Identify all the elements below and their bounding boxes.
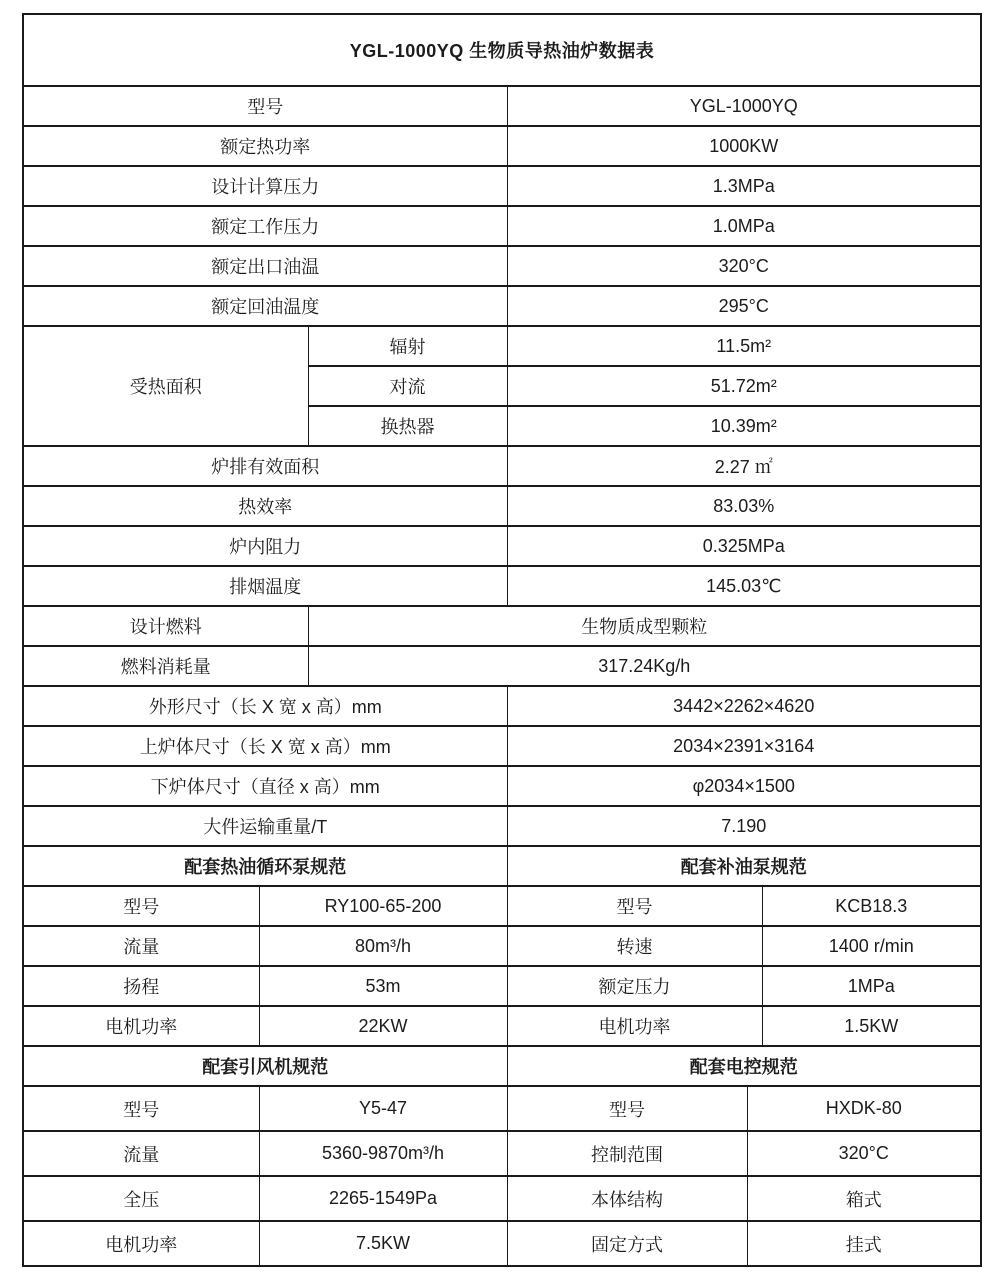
spec-label: 控制范围	[507, 1131, 747, 1176]
spec-label: 电机功率	[507, 1006, 762, 1046]
table-row: 全压 2265-1549Pa 本体结构 箱式	[23, 1176, 981, 1221]
table-row: 型号 YGL-1000YQ	[23, 86, 981, 126]
spec-value: 10.39m²	[507, 406, 981, 446]
spec-value: 箱式	[747, 1176, 981, 1221]
spec-sublabel: 辐射	[308, 326, 507, 366]
spec-label: 电机功率	[23, 1221, 259, 1266]
table-row: 上炉体尺寸（长 X 宽 x 高）mm 2034×2391×3164	[23, 726, 981, 766]
table-row: 下炉体尺寸（直径 x 高）mm φ2034×1500	[23, 766, 981, 806]
spec-value: 11.5m²	[507, 326, 981, 366]
spec-label: 排烟温度	[23, 566, 507, 606]
table-row: 流量 5360-9870m³/h 控制范围 320°C	[23, 1131, 981, 1176]
section-header-electric-control: 配套电控规范	[507, 1046, 981, 1086]
section-header-row: 配套热油循环泵规范 配套补油泵规范	[23, 846, 981, 886]
table-row: 额定回油温度 295°C	[23, 286, 981, 326]
table-row: 设计燃料 生物质成型颗粒	[23, 606, 981, 646]
table-row: 额定热功率 1000KW	[23, 126, 981, 166]
spec-value: 51.72m²	[507, 366, 981, 406]
table-row: 燃料消耗量 317.24Kg/h	[23, 646, 981, 686]
spec-label: 本体结构	[507, 1176, 747, 1221]
spec-label: 大件运输重量/T	[23, 806, 507, 846]
table-row: 额定出口油温 320°C	[23, 246, 981, 286]
section-header-row: 配套引风机规范 配套电控规范	[23, 1046, 981, 1086]
spec-value: 317.24Kg/h	[308, 646, 981, 686]
spec-label: 型号	[507, 886, 762, 926]
spec-label: 炉排有效面积	[23, 446, 507, 486]
table-row: 电机功率 7.5KW 固定方式 挂式	[23, 1221, 981, 1266]
heating-area-group-label: 受热面积	[23, 326, 308, 446]
spec-value: 1.5KW	[762, 1006, 981, 1046]
table-row: 额定工作压力 1.0MPa	[23, 206, 981, 246]
table-row: 排烟温度 145.03℃	[23, 566, 981, 606]
spec-value: HXDK-80	[747, 1086, 981, 1131]
spec-value: 7.5KW	[259, 1221, 507, 1266]
table-row: 流量 80m³/h 转速 1400 r/min	[23, 926, 981, 966]
spec-label: 设计计算压力	[23, 166, 507, 206]
spec-label: 扬程	[23, 966, 259, 1006]
spec-label: 额定工作压力	[23, 206, 507, 246]
table-row: 外形尺寸（长 X 宽 x 高）mm 3442×2262×4620	[23, 686, 981, 726]
table-row: 型号 RY100-65-200 型号 KCB18.3	[23, 886, 981, 926]
spec-value: 生物质成型颗粒	[308, 606, 981, 646]
spec-label: 下炉体尺寸（直径 x 高）mm	[23, 766, 507, 806]
table-row: 炉排有效面积 2.27 ㎡	[23, 446, 981, 486]
spec-label: 电机功率	[23, 1006, 259, 1046]
spec-value: 1400 r/min	[762, 926, 981, 966]
spec-label: 炉内阻力	[23, 526, 507, 566]
table-row: 型号 Y5-47 型号 HXDK-80	[23, 1086, 981, 1131]
table-row: 受热面积 辐射 11.5m²	[23, 326, 981, 366]
spec-value: 22KW	[259, 1006, 507, 1046]
spec-label: 额定回油温度	[23, 286, 507, 326]
spec-label: 固定方式	[507, 1221, 747, 1266]
spec-label: 型号	[507, 1086, 747, 1131]
table-row: 大件运输重量/T 7.190	[23, 806, 981, 846]
section-header-induced-fan: 配套引风机规范	[23, 1046, 507, 1086]
spec-value: KCB18.3	[762, 886, 981, 926]
spec-value: 320°C	[507, 246, 981, 286]
spec-value: 2034×2391×3164	[507, 726, 981, 766]
table-row: 电机功率 22KW 电机功率 1.5KW	[23, 1006, 981, 1046]
spec-value: 53m	[259, 966, 507, 1006]
spec-value: 7.190	[507, 806, 981, 846]
spec-value: RY100-65-200	[259, 886, 507, 926]
section-header-circulation-pump: 配套热油循环泵规范	[23, 846, 507, 886]
spec-label: 额定出口油温	[23, 246, 507, 286]
spec-label: 上炉体尺寸（长 X 宽 x 高）mm	[23, 726, 507, 766]
title-row: YGL-1000YQ 生物质导热油炉数据表	[23, 14, 981, 86]
datasheet-page: YGL-1000YQ 生物质导热油炉数据表 型号 YGL-1000YQ 额定热功…	[0, 0, 1000, 1286]
spec-label: 流量	[23, 1131, 259, 1176]
spec-value: 83.03%	[507, 486, 981, 526]
spec-value: Y5-47	[259, 1086, 507, 1131]
table-row: 炉内阻力 0.325MPa	[23, 526, 981, 566]
spec-label: 设计燃料	[23, 606, 308, 646]
spec-value: 295°C	[507, 286, 981, 326]
spec-value: 1.0MPa	[507, 206, 981, 246]
spec-label: 转速	[507, 926, 762, 966]
spec-value: 1000KW	[507, 126, 981, 166]
spec-sublabel: 换热器	[308, 406, 507, 446]
spec-value: 145.03℃	[507, 566, 981, 606]
spec-label: 流量	[23, 926, 259, 966]
spec-label: 额定热功率	[23, 126, 507, 166]
page-title: YGL-1000YQ 生物质导热油炉数据表	[23, 14, 981, 86]
spec-label: 型号	[23, 1086, 259, 1131]
spec-value: 2265-1549Pa	[259, 1176, 507, 1221]
spec-label: 热效率	[23, 486, 507, 526]
spec-value: 挂式	[747, 1221, 981, 1266]
section-header-oil-supply-pump: 配套补油泵规范	[507, 846, 981, 886]
spec-value: 0.325MPa	[507, 526, 981, 566]
spec-label: 型号	[23, 86, 507, 126]
spec-value: 5360-9870m³/h	[259, 1131, 507, 1176]
spec-table: YGL-1000YQ 生物质导热油炉数据表 型号 YGL-1000YQ 额定热功…	[22, 13, 982, 1267]
spec-label: 全压	[23, 1176, 259, 1221]
table-row: 设计计算压力 1.3MPa	[23, 166, 981, 206]
table-row: 热效率 83.03%	[23, 486, 981, 526]
spec-value: 3442×2262×4620	[507, 686, 981, 726]
spec-label: 燃料消耗量	[23, 646, 308, 686]
spec-value: 2.27 ㎡	[507, 446, 981, 486]
spec-value: YGL-1000YQ	[507, 86, 981, 126]
spec-label: 外形尺寸（长 X 宽 x 高）mm	[23, 686, 507, 726]
spec-value: 320°C	[747, 1131, 981, 1176]
table-row: 扬程 53m 额定压力 1MPa	[23, 966, 981, 1006]
spec-value: 80m³/h	[259, 926, 507, 966]
spec-value: φ2034×1500	[507, 766, 981, 806]
spec-value: 1.3MPa	[507, 166, 981, 206]
spec-label: 额定压力	[507, 966, 762, 1006]
spec-label: 型号	[23, 886, 259, 926]
spec-value: 1MPa	[762, 966, 981, 1006]
spec-sublabel: 对流	[308, 366, 507, 406]
